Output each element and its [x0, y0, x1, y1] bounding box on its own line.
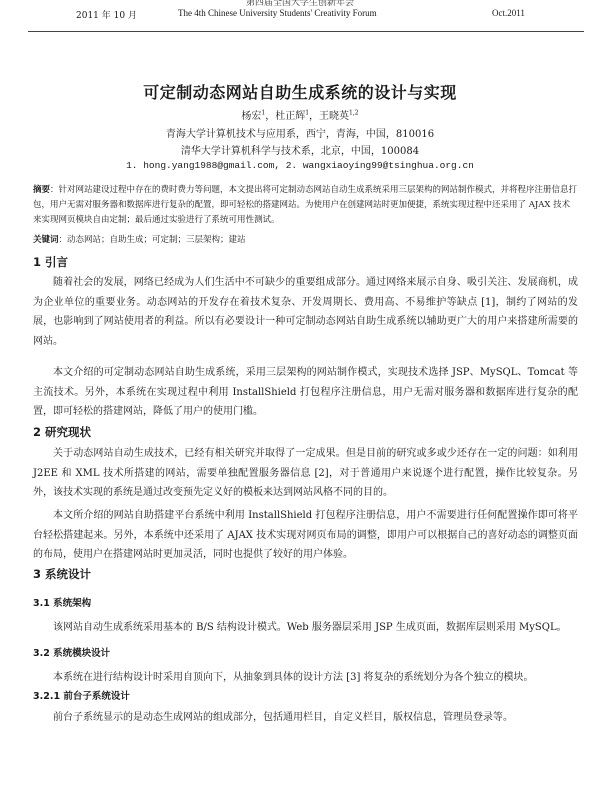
paragraph: 关于动态网站自动生成技术，已经有相关研究并取得了一定成果。但是目前的研究或多或少… [33, 444, 578, 503]
header-rule [28, 31, 584, 32]
author-separator: ， [309, 111, 319, 122]
paragraph: 本文介绍的可定制动态网站自助生成系统，采用三层架构的网站制作模式，实现技术选择 … [33, 363, 578, 422]
author-name: 杜正辉 [275, 111, 305, 122]
keywords-label: 关键词 [33, 235, 59, 245]
paragraph: 前台子系统显示的是动态生成网站的组成部分，包括通用栏目，自定义栏目，版权信息，管… [33, 708, 578, 728]
author-affiliation-mark: 1,2 [349, 110, 359, 117]
author-list: 杨宏1，杜正辉1，王晓英1,2 [0, 107, 600, 122]
running-head: 第四届全国大学生创新年会 2011 年 10 月 The 4th Chinese… [0, 0, 600, 30]
running-head-date-en: Oct.2011 [492, 8, 525, 18]
keywords-text: ：动态网站；自助生成；可定制；三层架构；建站 [59, 235, 246, 245]
keywords: 关键词：动态网站；自助生成；可定制；三层架构；建站 [33, 233, 578, 245]
subsubsection-heading-frontend: 3.2.1 前台子系统设计 [33, 688, 130, 702]
section-heading-introduction: 1 引言 [33, 254, 68, 270]
abstract: 摘要：针对网站建设过程中存在的费时费力等问题，本文提出将可定制动态网站自动生成系… [33, 183, 578, 228]
running-head-conference: 第四届全国大学生创新年会 [0, 0, 600, 8]
paragraph: 该网站自动生成系统采用基本的 B/S 结构设计模式。Web 服务器层采用 JSP… [33, 618, 578, 638]
author-emails: 1. hong.yang1988@gmail.com, 2. wangxiaoy… [0, 160, 600, 171]
paragraph: 本文所介绍的网站自助搭建平台系统中利用 InstallShield 打包程序注册… [33, 506, 578, 565]
author-separator: ， [265, 111, 275, 122]
paragraph: 随着社会的发展，网络已经成为人们生活中不可缺少的重要组成部分。通过网络来展示自身… [33, 273, 578, 351]
running-head-date-cn: 2011 年 10 月 [76, 8, 137, 21]
author-name: 杨宏 [241, 111, 261, 122]
subsection-heading-module-design: 3.2 系统模块设计 [33, 645, 110, 659]
subsection-heading-architecture: 3.1 系统架构 [33, 595, 91, 609]
section-heading-related-work: 2 研究现状 [33, 424, 91, 440]
section-heading-system-design: 3 系统设计 [33, 566, 91, 582]
affiliation: 清华大学计算机科学与技术系，北京，中国，100084 [0, 142, 600, 157]
abstract-text: ：针对网站建设过程中存在的费时费力等问题，本文提出将可定制动态网站自动生成系统采… [33, 185, 577, 225]
affiliation: 青海大学计算机技术与应用系，西宁，青海，中国，810016 [0, 125, 600, 140]
running-head-forum: The 4th Chinese University Students' Cre… [178, 8, 377, 18]
paragraph: 本系统在进行结构设计时采用自顶向下，从抽象到具体的设计方法 [3] 将复杂的系统… [33, 668, 578, 688]
paper-title: 可定制动态网站自助生成系统的设计与实现 [0, 80, 600, 103]
abstract-label: 摘要 [33, 185, 50, 195]
author-name: 王晓英 [319, 111, 349, 122]
paper-page: 第四届全国大学生创新年会 2011 年 10 月 The 4th Chinese… [0, 0, 600, 796]
